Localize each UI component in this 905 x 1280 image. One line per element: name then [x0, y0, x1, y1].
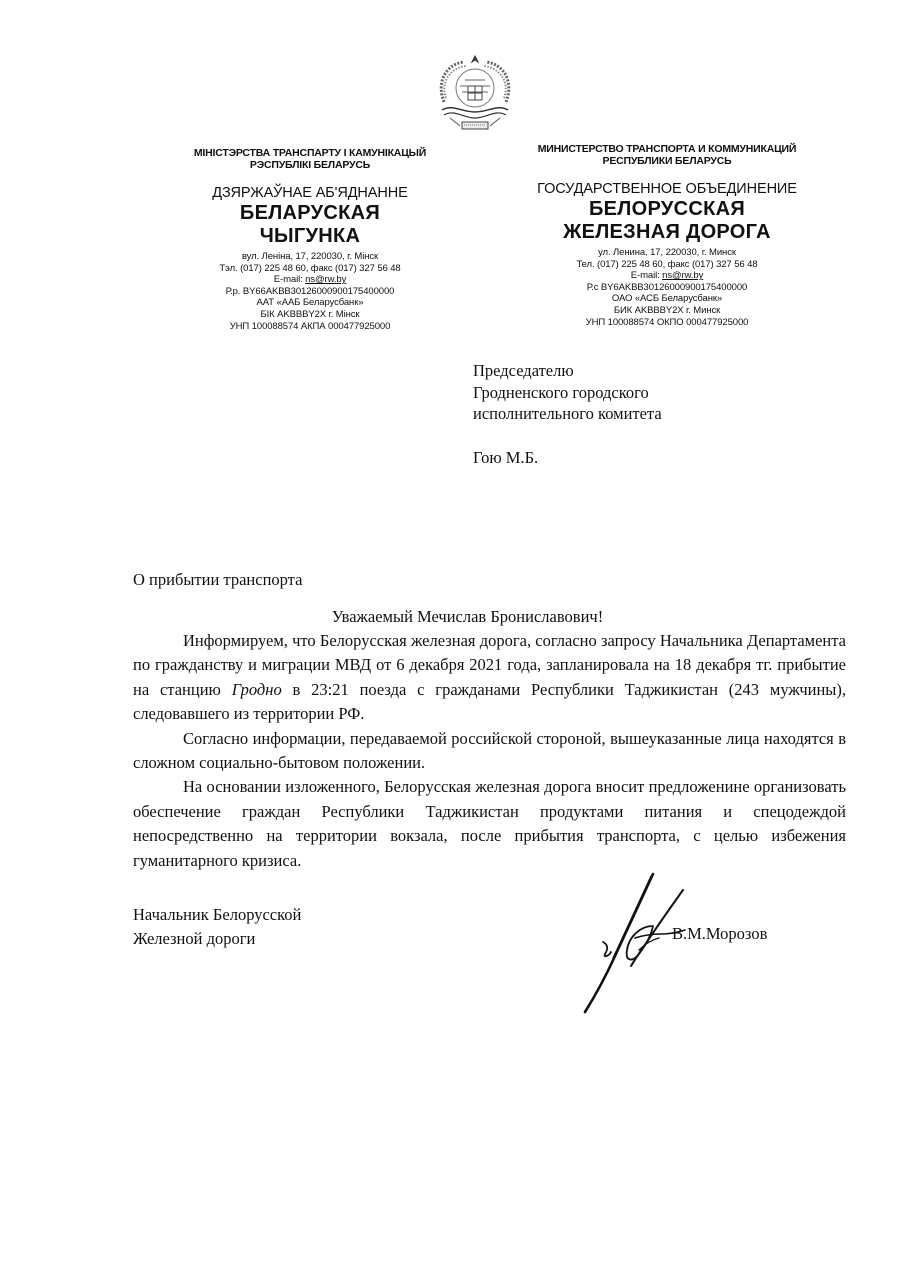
salutation: Уважаемый Мечислав Брониславович! — [0, 607, 905, 627]
address: ул. Ленина, 17, 220030, г. Минск — [512, 247, 822, 259]
organization-name-line2: ЖЕЛЕЗНАЯ ДОРОГА — [512, 221, 822, 244]
letterhead-belarusian: МІНІСТЭРСТВА ТРАНСПАРТУ І КАМУНІКАЦЫЙ РЭ… — [160, 147, 460, 332]
tax-ids: УНП 100088574 ОКПО 000477925000 — [512, 317, 822, 329]
organization-name-line2: ЧЫГУНКА — [160, 225, 460, 248]
organization-name-line1: БЕЛОРУССКАЯ — [512, 198, 822, 221]
letter-page: МІНІСТЭРСТВА ТРАНСПАРТУ І КАМУНІКАЦЫЙ РЭ… — [0, 0, 905, 1280]
contact-details: ул. Ленина, 17, 220030, г. Минск Тел. (0… — [512, 247, 822, 328]
tax-ids: УНП 100088574 АКПА 000477925000 — [160, 321, 460, 333]
bank-bic: БІК AKBBBY2X г. Мінск — [160, 309, 460, 321]
addressee-line1: Председателю — [473, 360, 662, 382]
letter-subject: О прибытии транспорта — [133, 570, 302, 590]
email-link[interactable]: ns@rw.by — [305, 274, 346, 285]
phone-fax: Тел. (017) 225 48 60, факс (017) 327 56 … — [512, 259, 822, 271]
email-label: E-mail: — [631, 270, 662, 281]
phone-fax: Тэл. (017) 225 48 60, факс (017) 327 56 … — [160, 263, 460, 275]
email-label: E-mail: — [274, 274, 305, 285]
signer-title: Начальник Белорусской Железной дороги — [133, 903, 301, 951]
bank-account: Р.р. BY66AKBB30126000900175400000 — [160, 286, 460, 298]
organization-type: ГОСУДАРСТВЕННОЕ ОБЪЕДИНЕНИЕ — [512, 181, 822, 198]
organization-type: ДЗЯРЖАЎНАЕ АБ'ЯДНАННЕ — [160, 185, 460, 202]
signer-name: В.М.Морозов — [672, 924, 767, 944]
addressee-name: Гою М.Б. — [473, 447, 662, 469]
email-line: E-mail: ns@rw.by — [160, 274, 460, 286]
address: вул. Леніна, 17, 220030, г. Мінск — [160, 251, 460, 263]
organization-name-line1: БЕЛАРУСКАЯ — [160, 202, 460, 225]
bank-name: ААТ «ААБ Беларусбанк» — [160, 297, 460, 309]
addressee-line3: исполнительного комитета — [473, 403, 662, 425]
letter-body: Информируем, что Белорусская железная до… — [133, 629, 846, 873]
signer-title-line2: Железной дороги — [133, 927, 301, 951]
ministry-name-line1: МІНІСТЭРСТВА ТРАНСПАРТУ І КАМУНІКАЦЫЙ — [160, 147, 460, 159]
body-paragraph-3: На основании изложенного, Белорусская же… — [133, 775, 846, 873]
ministry-name-line1: МИНИСТЕРСТВО ТРАНСПОРТА И КОММУНИКАЦИЙ — [512, 143, 822, 155]
email-link[interactable]: ns@rw.by — [662, 270, 703, 281]
coat-of-arms-icon — [432, 52, 518, 134]
signer-title-line1: Начальник Белорусской — [133, 903, 301, 927]
body-paragraph-2: Согласно информации, передаваемой россий… — [133, 727, 846, 776]
addressee-block: Председателю Гродненского городского исп… — [473, 360, 662, 468]
bank-bic: БИК AKBBBY2X г. Минск — [512, 305, 822, 317]
bank-account: Р.с BY6AKBB30126000900175400000 — [512, 282, 822, 294]
letterhead-russian: МИНИСТЕРСТВО ТРАНСПОРТА И КОММУНИКАЦИЙ Р… — [512, 143, 822, 328]
ministry-name-line2: РЭСПУБЛІКІ БЕЛАРУСЬ — [160, 159, 460, 171]
addressee-line2: Гродненского городского — [473, 382, 662, 404]
email-line: E-mail: ns@rw.by — [512, 270, 822, 282]
body-paragraph-1: Информируем, что Белорусская железная до… — [133, 629, 846, 727]
station-name: Гродно — [232, 680, 282, 699]
contact-details: вул. Леніна, 17, 220030, г. Мінск Тэл. (… — [160, 251, 460, 332]
bank-name: ОАО «АСБ Беларусбанк» — [512, 293, 822, 305]
ministry-name-line2: РЕСПУБЛИКИ БЕЛАРУСЬ — [512, 155, 822, 167]
